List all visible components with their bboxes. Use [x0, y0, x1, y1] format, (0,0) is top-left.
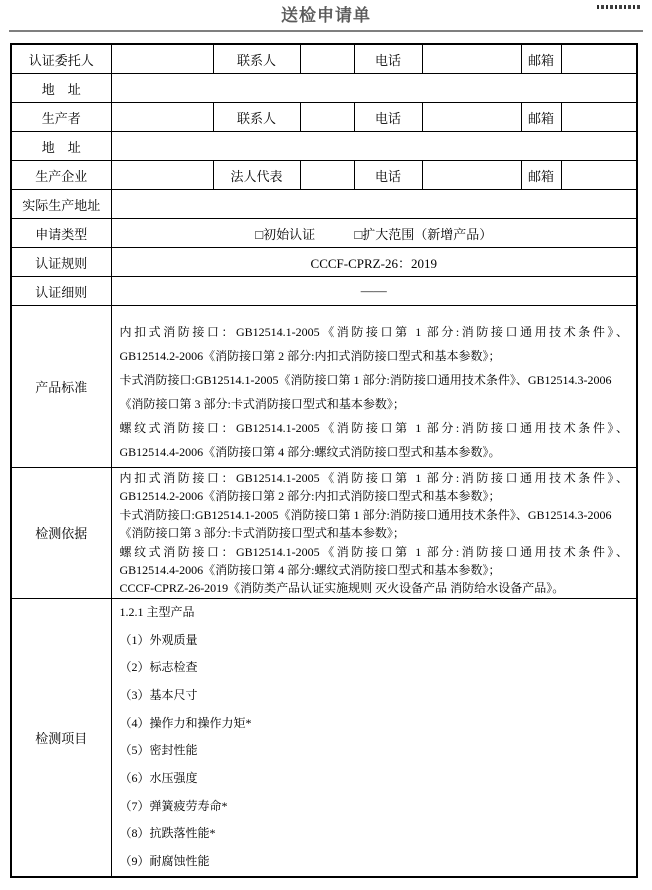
standard-line: 卡式消防接口:GB12514.1-2005《消防接口第 1 部分:消防接口通用技… — [120, 368, 629, 392]
cert-rule-value: CCCF-CPRZ-26：2019 — [111, 248, 637, 277]
test-item: （2）标志检查 — [120, 654, 629, 682]
applicant-address-row: 地 址 — [11, 74, 637, 103]
basis-line: CCCF-CPRZ-26-2019《消防类产品认证实施规则 灭火设备产品 消防给… — [120, 579, 629, 597]
factory-legal-rep-field[interactable] — [300, 161, 354, 190]
application-type-label: 申请类型 — [11, 219, 111, 248]
producer-contact-field[interactable] — [300, 103, 354, 132]
test-items-text: 1.2.1 主型产品 （1）外观质量 （2）标志检查 （3）基本尺寸 （4）操作… — [111, 598, 637, 877]
standard-line: GB12514.4-2006《消防接口第 4 部分:螺纹式消防接口型式和基本参数… — [120, 440, 629, 464]
page-title: 送检申请单 — [0, 5, 652, 27]
test-item: （9）耐腐蚀性能 — [120, 848, 629, 876]
application-type-options: □初始认证 □扩大范围（新增产品） — [111, 219, 637, 248]
factory-email-label: 邮箱 — [521, 161, 561, 190]
basis-line: 卡式消防接口:GB12514.1-2005《消防接口第 1 部分:消防接口通用技… — [120, 506, 629, 524]
checkbox-initial-certification[interactable]: □初始认证 — [255, 224, 315, 243]
applicant-email-label: 邮箱 — [521, 44, 561, 74]
test-item: （5）密封性能 — [120, 737, 629, 765]
cert-detail-label: 认证细则 — [11, 277, 111, 306]
producer-row: 生产者 联系人 电话 邮箱 — [11, 103, 637, 132]
test-basis-row: 检测依据 内扣式消防接口：GB12514.1-2005《消防接口第 1 部分:消… — [11, 468, 637, 599]
basis-line: 螺纹式消防接口：GB12514.1-2005《消防接口第 1 部分:消防接口通用… — [120, 543, 629, 561]
actual-address-label: 实际生产地址 — [11, 190, 111, 219]
actual-address-field[interactable] — [111, 190, 637, 219]
basis-line: 《消防接口第 3 部分:卡式消防接口型式和基本参数》； — [120, 524, 629, 542]
applicant-email-field[interactable] — [561, 44, 637, 74]
applicant-label: 认证委托人 — [11, 44, 111, 74]
document-page: 送检申请单 认证委托人 联系人 电话 邮箱 地 址 生产者 联系人 电话 — [0, 5, 652, 890]
factory-phone-label: 电话 — [354, 161, 422, 190]
basis-line: GB12514.2-2006《消防接口第 2 部分:内扣式消防接口型式和基本参数… — [120, 487, 629, 505]
title-divider — [9, 30, 643, 32]
test-item: （7）弹簧疲劳寿命* — [120, 793, 629, 821]
test-items-label: 检测项目 — [11, 598, 111, 877]
cert-rule-row: 认证规则 CCCF-CPRZ-26：2019 — [11, 248, 637, 277]
factory-legal-rep-label: 法人代表 — [213, 161, 300, 190]
clipped-corner-text — [597, 5, 641, 9]
application-type-row: 申请类型 □初始认证 □扩大范围（新增产品） — [11, 219, 637, 248]
producer-address-label: 地 址 — [11, 132, 111, 161]
factory-phone-field[interactable] — [422, 161, 521, 190]
factory-label: 生产企业 — [11, 161, 111, 190]
factory-name-field[interactable] — [111, 161, 213, 190]
factory-row: 生产企业 法人代表 电话 邮箱 — [11, 161, 637, 190]
product-standard-label: 产品标准 — [11, 306, 111, 468]
applicant-address-label: 地 址 — [11, 74, 111, 103]
test-item: （3）基本尺寸 — [120, 682, 629, 710]
applicant-address-field[interactable] — [111, 74, 637, 103]
basis-line: 内扣式消防接口：GB12514.1-2005《消防接口第 1 部分:消防接口通用… — [120, 469, 629, 487]
test-items-row: 检测项目 1.2.1 主型产品 （1）外观质量 （2）标志检查 （3）基本尺寸 … — [11, 598, 637, 877]
producer-label: 生产者 — [11, 103, 111, 132]
producer-phone-field[interactable] — [422, 103, 521, 132]
applicant-name-field[interactable] — [111, 44, 213, 74]
producer-address-field[interactable] — [111, 132, 637, 161]
applicant-phone-field[interactable] — [422, 44, 521, 74]
test-item: （6）水压强度 — [120, 765, 629, 793]
application-form-table: 认证委托人 联系人 电话 邮箱 地 址 生产者 联系人 电话 邮箱 地 址 — [10, 43, 638, 878]
product-standard-text: 内扣式消防接口：GB12514.1-2005《消防接口第 1 部分:消防接口通用… — [111, 306, 637, 468]
producer-name-field[interactable] — [111, 103, 213, 132]
test-item: （4）操作力和操作力矩* — [120, 710, 629, 738]
standard-line: GB12514.2-2006《消防接口第 2 部分:内扣式消防接口型式和基本参数… — [120, 344, 629, 368]
test-basis-label: 检测依据 — [11, 468, 111, 599]
standard-line: 《消防接口第 3 部分:卡式消防接口型式和基本参数》； — [120, 392, 629, 416]
test-basis-text: 内扣式消防接口：GB12514.1-2005《消防接口第 1 部分:消防接口通用… — [111, 468, 637, 599]
producer-phone-label: 电话 — [354, 103, 422, 132]
basis-line: GB12514.4-2006《消防接口第 4 部分:螺纹式消防接口型式和基本参数… — [120, 561, 629, 579]
producer-contact-label: 联系人 — [213, 103, 300, 132]
test-item: （1）外观质量 — [120, 627, 629, 655]
standard-line: 内扣式消防接口：GB12514.1-2005《消防接口第 1 部分:消防接口通用… — [120, 320, 629, 344]
cert-detail-row: 认证细则 —— — [11, 277, 637, 306]
factory-email-field[interactable] — [561, 161, 637, 190]
test-item: （8）抗跌落性能* — [120, 820, 629, 848]
producer-address-row: 地 址 — [11, 132, 637, 161]
producer-email-field[interactable] — [561, 103, 637, 132]
producer-email-label: 邮箱 — [521, 103, 561, 132]
standard-line: 螺纹式消防接口：GB12514.1-2005《消防接口第 1 部分:消防接口通用… — [120, 416, 629, 440]
applicant-contact-field[interactable] — [300, 44, 354, 74]
cert-rule-label: 认证规则 — [11, 248, 111, 277]
applicant-row: 认证委托人 联系人 电话 邮箱 — [11, 44, 637, 74]
product-standard-row: 产品标准 内扣式消防接口：GB12514.1-2005《消防接口第 1 部分:消… — [11, 306, 637, 468]
actual-address-row: 实际生产地址 — [11, 190, 637, 219]
test-item: 1.2.1 主型产品 — [120, 599, 629, 627]
checkbox-expand-scope[interactable]: □扩大范围（新增产品） — [354, 224, 492, 243]
cert-detail-value: —— — [111, 277, 637, 306]
applicant-phone-label: 电话 — [354, 44, 422, 74]
applicant-contact-label: 联系人 — [213, 44, 300, 74]
